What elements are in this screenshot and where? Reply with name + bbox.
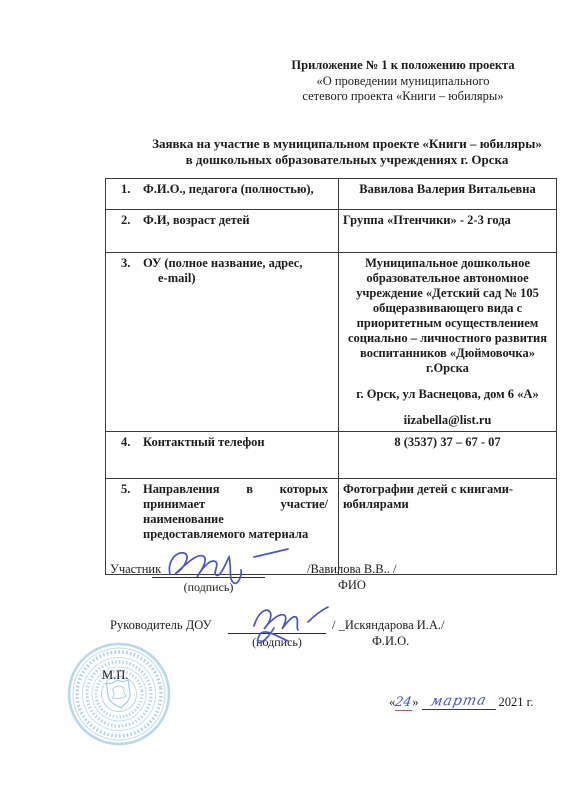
date-year: 2021 г. (499, 695, 534, 710)
row-label: ОУ (полное название, адрес, (136, 256, 334, 271)
director-fio-value: / _Искяндарова И.А./ (332, 618, 445, 633)
appendix-line1: Приложение № 1 к положению проекта (280, 58, 526, 74)
participant-label: Участник (110, 562, 161, 577)
date-close-quote: » (412, 695, 418, 710)
table-row-children: 2. Ф.И, возраст детей Группа «Птенчики» … (106, 210, 557, 253)
row-label: Ф.И.О., педагога (полностью), (136, 182, 334, 197)
table-row-ou: 3. ОУ (полное название, адрес, e-mail) М… (106, 253, 557, 432)
row-number: 1. (121, 182, 136, 197)
stamp-place-label: М.П. (102, 668, 128, 683)
row-value: Вавилова Валерия Витальевна (339, 179, 557, 210)
appendix-line3: сетевого проекта «Книги – юбиляры» (280, 89, 526, 105)
director-fio-caption: Ф.И.О. (372, 634, 409, 649)
row-number: 2. (121, 213, 136, 228)
row-number: 4. (121, 435, 136, 450)
director-label: Руководитель ДОУ (110, 618, 211, 633)
participant-fio-caption: ФИО (338, 578, 366, 593)
participant-signature (158, 543, 298, 585)
row-value: Фотографии детей с книгами-юбилярами (339, 479, 557, 575)
handwritten-month: марта (422, 693, 496, 710)
form-table: 1. Ф.И.О., педагога (полностью), Вавилов… (105, 178, 557, 575)
ou-address: г. Орск, ул Васнецова, дом 6 «А» (345, 387, 550, 402)
table-row-phone: 4. Контактный телефон 8 (3537) 37 – 67 -… (106, 432, 557, 479)
row-value: Группа «Птенчики» - 2-3 года (339, 210, 557, 253)
row-label: Ф.И, возраст детей (136, 213, 334, 228)
official-stamp-icon (66, 641, 172, 747)
row-label: Направления в которых принимает участие/… (136, 482, 334, 542)
row-value: 8 (3537) 37 – 67 - 07 (339, 432, 557, 479)
table-row-fio: 1. Ф.И.О., педагога (полностью), Вавилов… (106, 179, 557, 210)
page-title: Заявка на участие в муниципальном проект… (85, 136, 581, 168)
row-label: Контактный телефон (136, 435, 334, 450)
appendix-line2: «О проведении муниципального (280, 74, 526, 90)
handwritten-day: 24 (395, 695, 412, 711)
title-line1: Заявка на участие в муниципальном проект… (85, 136, 581, 152)
scanned-application-form: Приложение № 1 к положению проекта «О пр… (0, 0, 581, 800)
title-line2: в дошкольных образовательных учреждениях… (85, 152, 581, 168)
row-number: 3. (121, 256, 136, 271)
date-line: « 24 » марта 2021 г. (389, 693, 533, 710)
appendix-header: Приложение № 1 к положению проекта «О пр… (280, 58, 526, 105)
director-signature (238, 598, 343, 650)
row-label-line2: e-mail) (110, 271, 334, 286)
row-number: 5. (121, 482, 136, 542)
participant-fio-value: /Вавилова В.В.. / (307, 562, 397, 577)
ou-name-paragraph: Муниципальное дошкольное образовательное… (345, 256, 550, 376)
ou-email: iizabella@list.ru (345, 413, 550, 428)
